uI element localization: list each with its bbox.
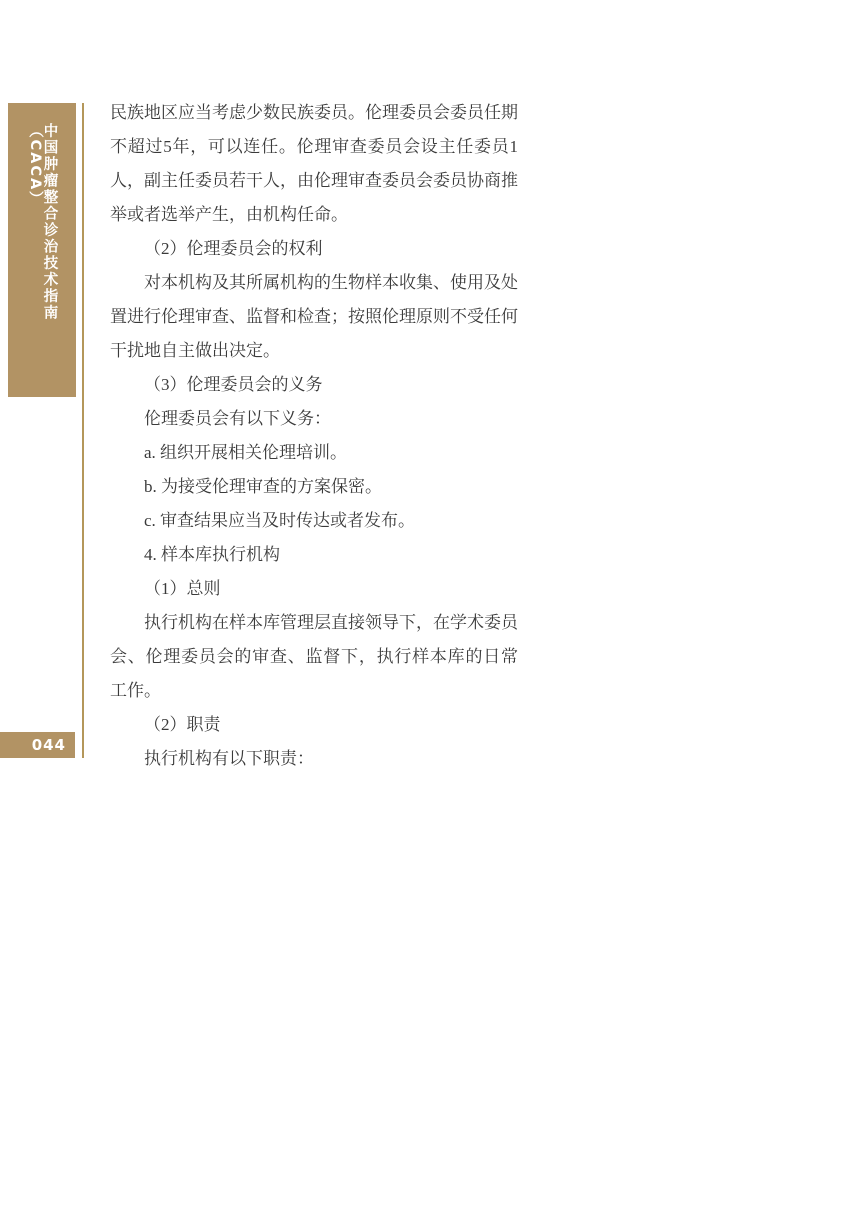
text-line: 4. 样本库执行机构 xyxy=(110,538,518,572)
text-line: 执行机构在样本库管理层直接领导下，在学术委员 xyxy=(110,606,518,640)
text-line: 民族地区应当考虑少数民族委员。伦理委员会委员任期 xyxy=(110,96,518,130)
sidebar-title-bar: 中国肿瘤整合诊治技术指南（CACA） xyxy=(8,103,76,397)
sidebar-divider-line xyxy=(82,103,84,758)
text-line: 执行机构有以下职责： xyxy=(110,742,518,776)
text-line: （1）总则 xyxy=(110,572,518,606)
text-line: 工作。 xyxy=(110,674,518,708)
text-line: c. 审查结果应当及时传达或者发布。 xyxy=(110,504,518,538)
text-line: 会、伦理委员会的审查、监督下，执行样本库的日常 xyxy=(110,640,518,674)
text-line: 伦理委员会有以下义务： xyxy=(110,402,518,436)
page-number-badge: 044 xyxy=(0,732,75,758)
text-line: （3）伦理委员会的义务 xyxy=(110,368,518,402)
page-number: 044 xyxy=(32,736,66,754)
text-line: 人，副主任委员若干人，由伦理审查委员会委员协商推 xyxy=(110,164,518,198)
text-line: a. 组织开展相关伦理培训。 xyxy=(110,436,518,470)
document-page: 中国肿瘤整合诊治技术指南（CACA） 044 民族地区应当考虑少数民族委员。伦理… xyxy=(0,0,867,1218)
text-line: （2）职责 xyxy=(110,708,518,742)
text-line: 干扰地自主做出决定。 xyxy=(110,334,518,368)
text-line: 不超过5年，可以连任。伦理审查委员会设主任委员1 xyxy=(110,130,518,164)
body-text: 民族地区应当考虑少数民族委员。伦理委员会委员任期不超过5年，可以连任。伦理审查委… xyxy=(110,96,518,776)
text-line: b. 为接受伦理审查的方案保密。 xyxy=(110,470,518,504)
text-line: （2）伦理委员会的权利 xyxy=(110,232,518,266)
text-line: 对本机构及其所属机构的生物样本收集、使用及处 xyxy=(110,266,518,300)
text-line: 置进行伦理审查、监督和检查；按照伦理原则不受任何 xyxy=(110,300,518,334)
text-line: 举或者选举产生，由机构任命。 xyxy=(110,198,518,232)
book-title-vertical: 中国肿瘤整合诊治技术指南（CACA） xyxy=(28,123,57,397)
